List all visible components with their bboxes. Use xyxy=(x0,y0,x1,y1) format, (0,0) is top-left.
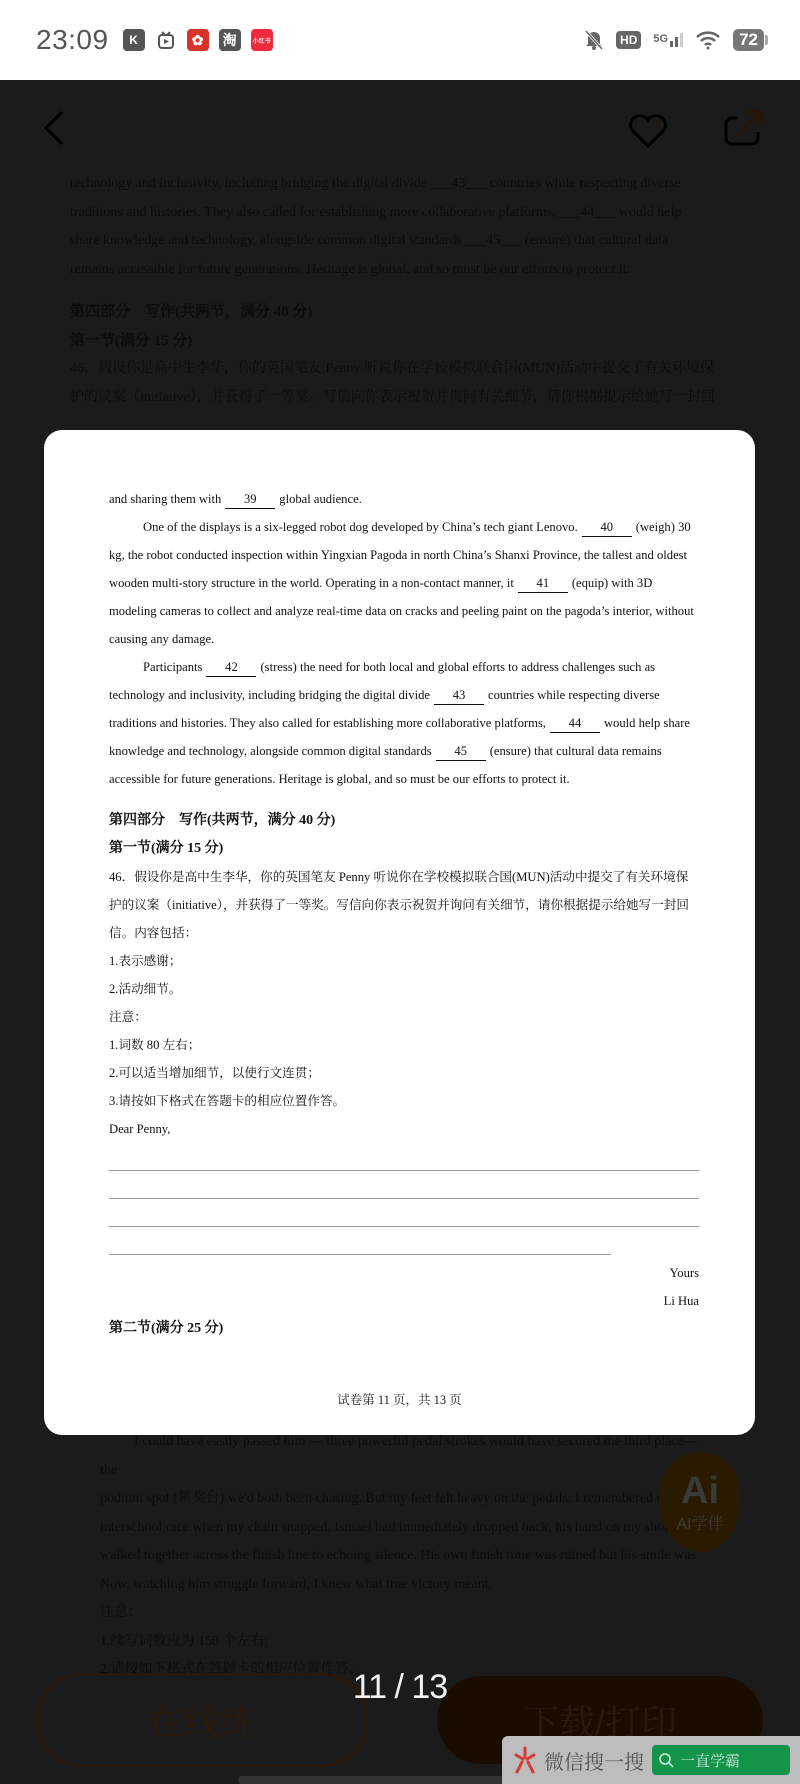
xiaohongshu-app-icon: 小红书 xyxy=(251,29,273,51)
signature: Li Hua xyxy=(109,1287,699,1315)
status-time: 23:09 xyxy=(36,24,109,56)
notification-app-icons: K ✿ 淘 小红书 xyxy=(123,29,273,51)
status-indicators: HD 5G 72 xyxy=(584,29,764,51)
tv-app-icon xyxy=(155,29,177,51)
wechat-search-banner[interactable]: 微信搜一搜 一直学霸 xyxy=(502,1736,800,1784)
salutation: Dear Penny, xyxy=(109,1115,699,1143)
top-nav-bar xyxy=(0,80,800,180)
k-app-icon: K xyxy=(123,29,145,51)
doc-line: and sharing them with39global audience. xyxy=(109,485,699,513)
content-item: 2.活动细节。 xyxy=(109,975,699,1003)
blank-41: 41 xyxy=(518,574,568,593)
section-heading-part4: 第四部分 写作(共两节，满分 40 分) xyxy=(109,807,699,835)
answer-line xyxy=(109,1143,699,1171)
answer-line xyxy=(109,1171,699,1199)
bell-muted-icon xyxy=(584,29,604,51)
closing: Yours xyxy=(109,1259,699,1287)
notes-label: 注意： xyxy=(109,1003,699,1031)
blank-39: 39 xyxy=(225,490,275,509)
section-heading-sec1: 第一节(满分 15 分) xyxy=(109,835,699,863)
blank-42: 42 xyxy=(206,658,256,677)
answer-line xyxy=(109,1227,611,1255)
note-item: 1.词数 80 左右； xyxy=(109,1031,699,1059)
background-document-text: technology and inclusivity, including br… xyxy=(70,170,730,412)
back-chevron-icon[interactable] xyxy=(40,108,70,148)
signal-5g-icon: 5G xyxy=(653,33,683,47)
heart-favorite-icon[interactable] xyxy=(626,108,670,152)
blank-43: 43 xyxy=(434,686,484,705)
content-item: 1.表示感谢； xyxy=(109,947,699,975)
page-preview-modal[interactable]: and sharing them with39global audience. … xyxy=(44,430,755,1435)
share-icon[interactable] xyxy=(720,106,764,150)
page-indicator: 11 / 13 xyxy=(340,1668,460,1707)
taobao-app-icon: 淘 xyxy=(219,29,241,51)
doc-paragraph-2: One of the displays is a six-legged robo… xyxy=(109,513,699,653)
battery-indicator: 72 xyxy=(733,29,764,51)
blank-45: 45 xyxy=(436,742,486,761)
hd-badge: HD xyxy=(616,31,641,49)
wifi-icon xyxy=(695,30,721,50)
exam-page-content: and sharing them with39global audience. … xyxy=(109,485,699,1343)
blank-40: 40 xyxy=(582,518,632,537)
pinduoduo-app-icon: ✿ xyxy=(187,29,209,51)
section-heading-sec2: 第二节(满分 25 分) xyxy=(109,1315,699,1343)
page-footer: 试卷第 11 页，共 13 页 xyxy=(44,1390,755,1408)
online-practice-button[interactable]: 在线练 xyxy=(36,1673,368,1767)
ai-assistant-badge[interactable]: Ai AI学伴 xyxy=(660,1452,740,1552)
wechat-search-logo-icon xyxy=(510,1745,540,1775)
status-bar: 23:09 K ✿ 淘 小红书 HD 5G 72 xyxy=(0,0,800,80)
note-item: 3.请按如下格式在答题卡的相应位置作答。 xyxy=(109,1087,699,1115)
doc-paragraph-3: Participants42(stress) the need for both… xyxy=(109,653,699,793)
question-46: 46．假设你是高中生李华，你的英国笔友 Penny 听说你在学校模拟联合国(MU… xyxy=(109,863,699,947)
search-icon xyxy=(658,1752,674,1768)
wechat-search-label: 微信搜一搜 xyxy=(544,1746,644,1775)
ai-logo-icon: Ai xyxy=(681,1471,719,1511)
blank-44: 44 xyxy=(550,714,600,733)
note-item: 2.可以适当增加细节，以使行文连贯； xyxy=(109,1059,699,1087)
wechat-search-query-button[interactable]: 一直学霸 xyxy=(652,1745,790,1775)
background-document-lower-text: I could have easily passed him — three p… xyxy=(100,1428,700,1685)
answer-line xyxy=(109,1199,699,1227)
